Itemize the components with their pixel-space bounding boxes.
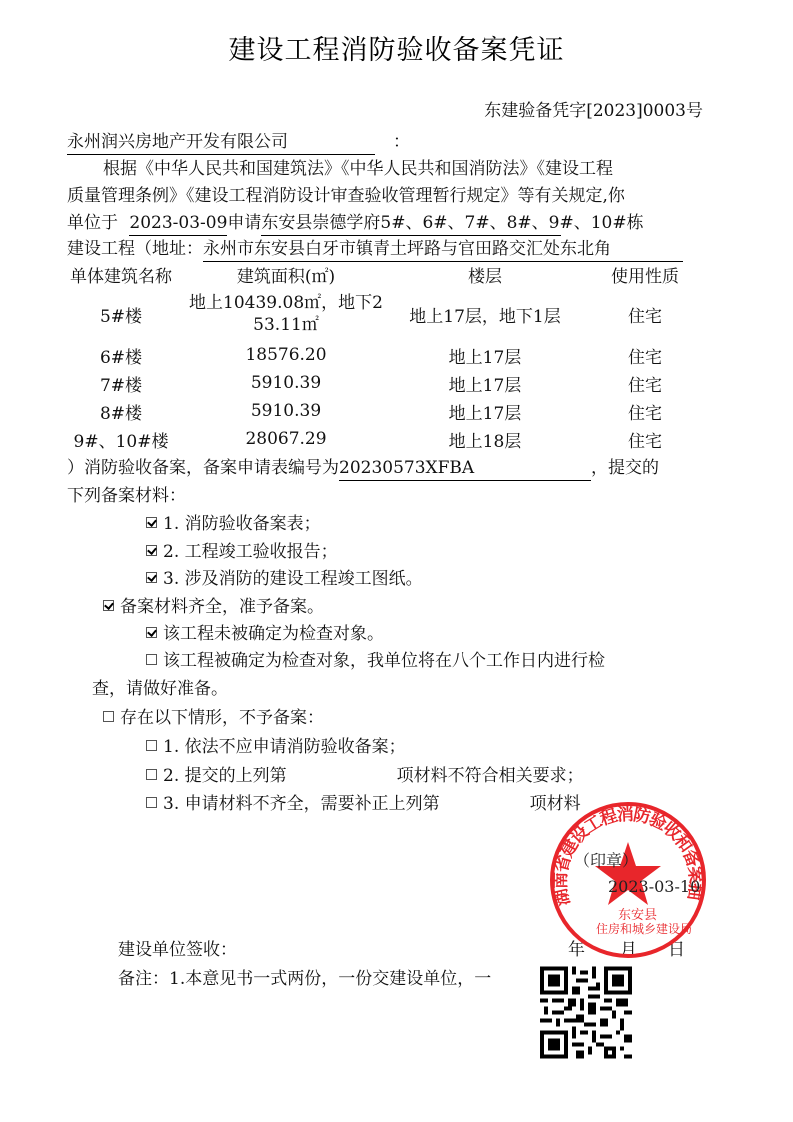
building-name: 6#楼 [60,341,182,369]
page-title: 建设工程消防验收备案凭证 [0,28,793,67]
material-item-1[interactable]: 1. 消防验收备案表； [146,512,321,536]
material-label: 2. 工程竣工验收报告； [163,542,338,562]
building-name: 9#、10#楼 [60,425,182,453]
apply-date: 2023-03-09 [129,211,227,236]
checkbox-unchecked-icon[interactable] [146,740,157,751]
stamp-seal-label: （印章） [574,848,638,871]
inspected-continuation: 查，请做好准备。 [92,677,228,701]
reject-reason-label: 1. 依法不应申请消防验收备案； [163,737,406,757]
reject-reason-3[interactable]: 3. 申请材料不齐全，需要补正上列第项材料 [146,792,581,816]
unit-prefix: 单位于 [67,213,118,233]
building-area: 5910.39 [182,369,390,397]
approved-label: 备案材料齐全，准予备案。 [120,597,324,617]
table-row: 9#、10#楼 28067.29 地上18层 住宅 [60,425,710,453]
recipient-line: 永州润兴房地产开发有限公司： [67,130,410,155]
qr-code[interactable] [540,965,632,1060]
filing-line-2: 下列备案材料： [67,484,186,508]
footer-note: 备注：1.本意见书一式两份，一份交建设单位，一 [118,967,491,991]
address-prefix: 建设工程（地址： [67,239,203,259]
building-name: 8#楼 [60,397,182,425]
header-area: 建筑面积(㎡) [182,262,390,287]
building-use: 住宅 [580,397,710,425]
header-use: 使用性质 [580,262,710,287]
table-row: 8#楼 5910.39 地上17层 住宅 [60,397,710,425]
reject-reason-1[interactable]: 1. 依法不应申请消防验收备案； [146,735,406,759]
building-area: 5910.39 [182,397,390,425]
building-floors: 地上17层 [390,341,580,369]
checkbox-checked-icon[interactable] [146,572,157,583]
official-stamp: 湖南省建设工程消防验收和备案抽查专用章 （印章） 2023-03-10 东安县 … [548,800,708,960]
checkbox-checked-icon[interactable] [146,545,157,556]
reject-reason-label: 2. 提交的上列第 [163,766,287,786]
building-floors: 地上17层 [390,369,580,397]
not-inspected-option[interactable]: 该工程未被确定为检查对象。 [146,622,384,646]
building-floors: 地上17层，地下1层 [390,287,580,341]
recipient-name: 永州润兴房地产开发有限公司 [67,130,375,155]
material-item-2[interactable]: 2. 工程竣工验收报告； [146,540,338,564]
building-area: 28067.29 [182,425,390,453]
not-inspected-label: 该工程未被确定为检查对象。 [163,624,384,644]
material-item-3[interactable]: 3. 涉及消防的建设工程竣工图纸。 [146,567,423,591]
building-use: 住宅 [580,287,710,341]
rejected-option[interactable]: 存在以下情形，不予备案： [103,706,324,730]
filing-line-1: ）消防验收备案，备案申请表编号为20230573XFBA，提交的 [67,456,659,481]
approved-option[interactable]: 备案材料齐全，准予备案。 [103,595,324,619]
address-line: 建设工程（地址：永州市东安县白牙市镇青土坪路与官田路交汇处东北角 [67,237,707,262]
filing-suffix: ，提交的 [591,458,659,478]
checkbox-unchecked-icon[interactable] [146,769,157,780]
checkbox-unchecked-icon[interactable] [146,654,157,665]
qr-code-icon [540,965,632,1060]
recipient-colon: ： [393,132,410,152]
checkbox-checked-icon[interactable] [146,517,157,528]
reject-reason-label: 3. 申请材料不齐全，需要补正上列第 [163,794,440,814]
stamp-date: 2023-03-10 [608,877,700,896]
building-area: 18576.20 [182,341,390,369]
rejected-label: 存在以下情形，不予备案： [120,708,324,728]
reject-reason-suffix: 项材料不符合相关要求； [397,766,584,786]
area-line-1: 地上10439.08㎡，地下2 [182,292,390,314]
checkbox-unchecked-icon[interactable] [146,797,157,808]
table-row: 5#楼 地上10439.08㎡，地下253.11㎡ 地上17层，地下1层 住宅 [60,287,710,341]
material-label: 1. 消防验收备案表； [163,514,321,534]
checkbox-unchecked-icon[interactable] [103,711,114,722]
table-header-row: 单体建筑名称 建筑面积(㎡) 楼层 使用性质 [60,262,710,287]
basis-line-3: 单位于 2023-03-09申请东安县崇德学府5#、6#、7#、8#、9#、10… [67,211,707,236]
checkbox-checked-icon[interactable] [103,600,114,611]
building-area: 地上10439.08㎡，地下253.11㎡ [182,287,390,341]
building-name: 7#楼 [60,369,182,397]
inspected-option[interactable]: 该工程被确定为检查对象，我单位将在八个工作日内进行检 [146,649,605,673]
signature-label: 建设单位签收： [118,938,237,962]
form-number: 20230573XFBA [339,456,591,481]
stamp-org-line2: 住房和城乡建设局 [596,920,692,937]
basis-line-1: 根据《中华人民共和国建筑法》《中华人民共和国消防法》《建设工程 [103,157,613,181]
filing-prefix: ）消防验收备案，备案申请表编号为 [67,458,339,478]
table-row: 7#楼 5910.39 地上17层 住宅 [60,369,710,397]
inspected-label: 该工程被确定为检查对象，我单位将在八个工作日内进行检 [163,651,605,671]
address-value: 永州市东安县白牙市镇青土坪路与官田路交汇处东北角 [203,237,683,262]
basis-line-2: 质量管理条例》《建设工程消防设计审查验收管理暂行规定》等有关规定,你 [67,184,625,208]
area-line-2: 53.11㎡ [182,314,390,336]
building-use: 住宅 [580,425,710,453]
building-use: 住宅 [580,369,710,397]
building-table: 单体建筑名称 建筑面积(㎡) 楼层 使用性质 5#楼 地上10439.08㎡，地… [60,262,710,453]
material-label: 3. 涉及消防的建设工程竣工图纸。 [163,569,423,589]
building-name: 5#楼 [60,287,182,341]
checkbox-checked-icon[interactable] [146,627,157,638]
reject-reason-2[interactable]: 2. 提交的上列第项材料不符合相关要求； [146,764,584,788]
building-floors: 地上18层 [390,425,580,453]
building-floors: 地上17层 [390,397,580,425]
document-number: 东建验备凭字[2023]0003号 [484,96,703,121]
building-use: 住宅 [580,341,710,369]
project-name: 东安县崇德学府5#、6#、7#、8#、9#、10#栋 [261,211,561,236]
header-floors: 楼层 [390,262,580,287]
apply-word: 申请 [227,213,261,233]
header-building-name: 单体建筑名称 [60,262,182,287]
table-row: 6#楼 18576.20 地上17层 住宅 [60,341,710,369]
